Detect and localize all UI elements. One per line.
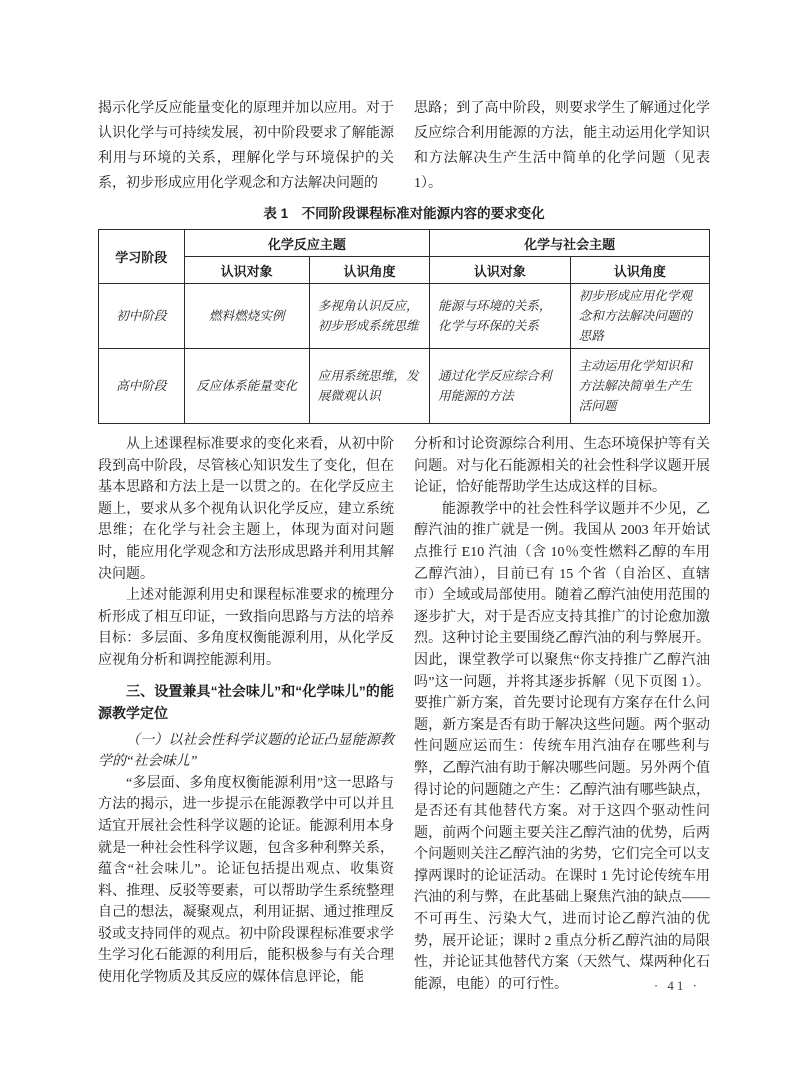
table-title: 表 1 不同阶段课程标准对能源内容的要求变化 <box>98 206 710 222</box>
table-cell: 反应体系能量变化 <box>184 349 309 424</box>
main-left-column: 从上述课程标准要求的变化来看，从初中阶段到高中阶段，尽管核心知识发生了变化，但在… <box>98 434 394 995</box>
left-paragraph-1: 从上述课程标准要求的变化来看，从初中阶段到高中阶段，尽管核心知识发生了变化，但在… <box>98 434 394 585</box>
table-cell: 应用系统思维，发展微观认识 <box>309 349 429 424</box>
subsection-heading-1: （一）以社会性科学议题的论证凸显能源教学的“社会味儿” <box>98 730 394 773</box>
top-right-column: 思路；到了高中阶段，则要求学生了解通过化学反应综合利用能源的方法，能主动运用化学… <box>414 96 710 196</box>
table-row: 高中阶段 反应体系能量变化 应用系统思维，发展微观认识 通过化学反应综合利用能源… <box>99 349 710 424</box>
table-corner-header: 学习阶段 <box>99 230 185 284</box>
sub-header-object-2: 认识对象 <box>430 257 571 284</box>
group-header-chemical-reaction: 化学反应主题 <box>184 230 430 257</box>
sub-header-object-1: 认识对象 <box>184 257 309 284</box>
sub-header-angle-2: 认识角度 <box>570 257 709 284</box>
sub-header-angle-1: 认识角度 <box>309 257 429 284</box>
table-cell: 能源与环境的关系，化学与环保的关系 <box>430 284 571 349</box>
journal-page: 揭示化学反应能量变化的原理并加以应用。对于认识化学与可持续发展，初中阶段要求了解… <box>98 0 710 995</box>
main-right-column: 分析和讨论资源综合利用、生态环境保护等有关问题。对与化石能源相关的社会性科学议题… <box>414 434 710 995</box>
page-number: · 41 · <box>654 978 700 994</box>
table-header-row-groups: 学习阶段 化学反应主题 化学与社会主题 <box>99 230 710 257</box>
right-paragraph-1: 分析和讨论资源综合利用、生态环境保护等有关问题。对与化石能源相关的社会性科学议题… <box>414 434 710 499</box>
table-cell: 通过化学反应综合利用能源的方法 <box>430 349 571 424</box>
table-cell: 燃料燃烧实例 <box>184 284 309 349</box>
top-left-paragraph: 揭示化学反应能量变化的原理并加以应用。对于认识化学与可持续发展，初中阶段要求了解… <box>98 96 394 196</box>
main-text-section: 从上述课程标准要求的变化来看，从初中阶段到高中阶段，尽管核心知识发生了变化，但在… <box>98 434 710 995</box>
top-text-section: 揭示化学反应能量变化的原理并加以应用。对于认识化学与可持续发展，初中阶段要求了解… <box>98 96 710 196</box>
group-header-chemistry-society: 化学与社会主题 <box>430 230 710 257</box>
table-cell: 初步形成应用化学观念和方法解决问题的思路 <box>570 284 709 349</box>
table-cell: 主动运用化学知识和方法解决简单生产生活问题 <box>570 349 709 424</box>
top-right-paragraph: 思路；到了高中阶段，则要求学生了解通过化学反应综合利用能源的方法，能主动运用化学… <box>414 96 710 196</box>
left-paragraph-3: “多层面、多角度权衡能源利用”这一思路与方法的揭示，进一步提示在能源教学中可以并… <box>98 773 394 989</box>
table-row: 初中阶段 燃料燃烧实例 多视角认识反应，初步形成系统思维 能源与环境的关系，化学… <box>99 284 710 349</box>
top-left-column: 揭示化学反应能量变化的原理并加以应用。对于认识化学与可持续发展，初中阶段要求了解… <box>98 96 394 196</box>
table-1-block: 表 1 不同阶段课程标准对能源内容的要求变化 学习阶段 化学反应主题 化学与社会… <box>98 206 710 424</box>
stage-cell: 初中阶段 <box>99 284 185 349</box>
left-paragraph-2: 上述对能源利用史和课程标准要求的梳理分析形成了相互印证，一致指向思路与方法的培养… <box>98 585 394 671</box>
table-cell: 多视角认识反应，初步形成系统思维 <box>309 284 429 349</box>
requirements-table: 学习阶段 化学反应主题 化学与社会主题 认识对象 认识角度 认识对象 认识角度 … <box>98 229 710 424</box>
section-heading-3: 三、设置兼具“社会味儿”和“化学味儿”的能源教学定位 <box>98 680 394 724</box>
table-header-row-subs: 认识对象 认识角度 认识对象 认识角度 <box>99 257 710 284</box>
stage-cell: 高中阶段 <box>99 349 185 424</box>
right-paragraph-2: 能源教学中的社会性科学议题并不少见，乙醇汽油的推广就是一例。我国从 2003 年… <box>414 499 710 996</box>
